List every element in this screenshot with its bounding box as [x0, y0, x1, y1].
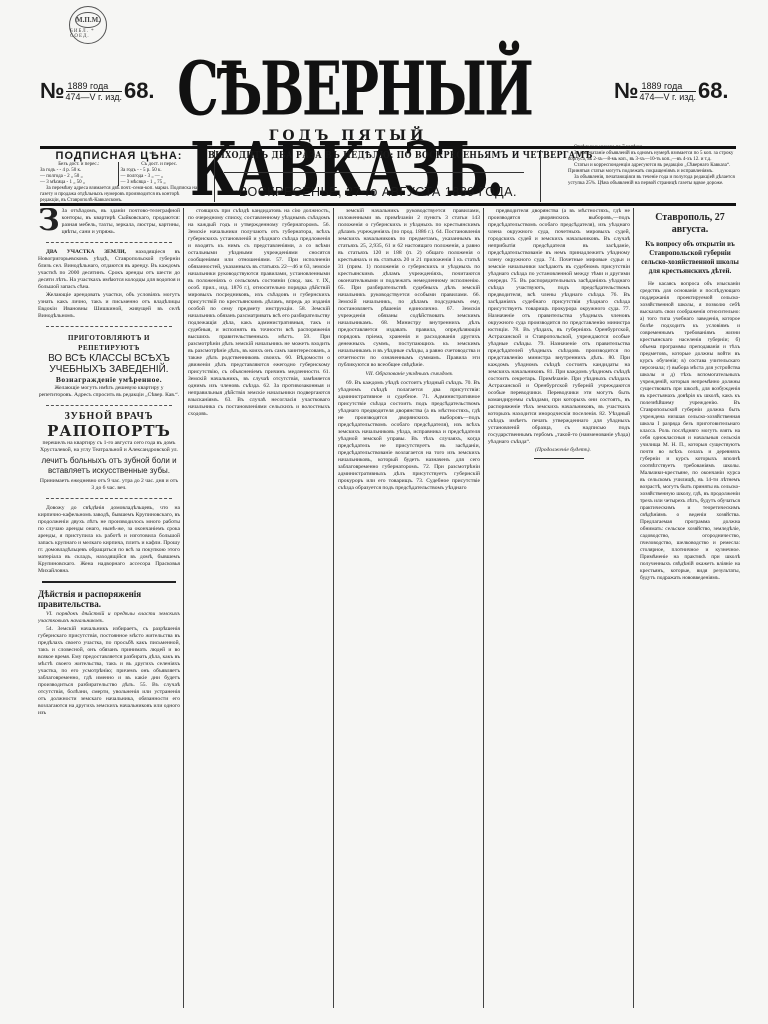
article-text: земскій начальникъ руководствуется прави…: [338, 208, 480, 369]
subscription-left: Безъ дост. и перес.: За годъ - - 4 р. 50…: [40, 162, 118, 186]
article-text: 54. Земскій начальникъ избираетъ, съ раз…: [38, 626, 180, 717]
subscription-price-box: ПОДПИСНАЯ ЦѢНА: Безъ дост. и перес.: За …: [40, 150, 198, 200]
dateline: Ставрополь, 27 августа.: [640, 212, 740, 236]
ad-land-head: ДВА УЧАСТКА ЗЕМЛИ,: [46, 249, 126, 255]
column-2: стоящихъ при съѣздѣ кандидатовъ на сію д…: [188, 208, 330, 1008]
ad-tutor-head: ПРИГОТОВЛЯЮТЪ И РЕПЕТИРУЮТЪ: [38, 333, 180, 353]
column-divider: [183, 208, 184, 1008]
dropcap: З: [38, 208, 60, 234]
article-text: стоящихъ при съѣздѣ кандидатовъ на сію д…: [188, 208, 330, 418]
column-1: ЗЗа отъѣздомъ, въ зданіи почтово-телегра…: [38, 208, 180, 1008]
subscription-columns: Безъ дост. и перес.: За годъ - - 4 р. 50…: [40, 162, 198, 186]
separator: [42, 581, 176, 583]
issue-number-left: № 1889 года 474—V г. изд. 68.: [40, 78, 155, 104]
column-4: предводителя дворянства (а въ мѣстностях…: [488, 208, 630, 1008]
issue-number-right: № 1889 года 474—V г. изд. 68.: [614, 78, 729, 104]
end-rule: [534, 458, 584, 459]
publication-schedule: ВЫХОДИТЪ ДВА РАЗА ВЪ НЕДѢЛЮ: ПО ВОСКРЕСЕ…: [208, 150, 489, 161]
schedule-rule: [224, 172, 524, 173]
issue-fraction: 1889 года 474—V г. изд.: [640, 81, 696, 102]
column-divider: [633, 208, 634, 1008]
subscription-right: Съ дост. и перес. За годъ - - 5 р. 50 к.…: [118, 162, 199, 186]
ad-tutor: ПРИГОТОВЛЯЮТЪ И РЕПЕТИРУЮТЪ ВО ВСѢ КЛАСС…: [38, 333, 180, 399]
issue-fraction: 1889 года 474—V г. изд.: [66, 81, 122, 102]
ad-furniture-text: За отъѣздомъ, въ зданіи почтово-телеграф…: [62, 208, 180, 235]
issue-year: 1889 года: [640, 81, 696, 92]
terms-line: За объявленія, печатающіяся въ теченіе г…: [568, 175, 736, 187]
terms-line: За напечатаніе объявленій въ одномъ нуме…: [568, 151, 736, 163]
stamp-ring: БИБЛ. * СОЕД.: [70, 29, 106, 39]
library-stamp: М.П.М. БИБЛ. * СОЕД.: [69, 6, 107, 44]
separator: [46, 498, 172, 499]
ad-tutor-contact: Желающіе могутъ имѣть дешевую квартиру у…: [38, 385, 180, 399]
section-subheading: VI. порядокъ дѣйствій и предѣлы власти з…: [38, 611, 180, 625]
article-headline: Къ вопросу объ открытіи въ Ставропольско…: [640, 240, 740, 276]
ad-furniture: ЗЗа отъѣздомъ, въ зданіи почтово-телегра…: [38, 208, 180, 236]
column-divider: [483, 208, 484, 1008]
separator: [46, 326, 172, 327]
issue-num: 68.: [698, 78, 729, 104]
issue-date: ВОСКРЕСЕНЬЕ, 27-го АВГУСТА 1889 ГОДА.: [228, 185, 528, 199]
terms-line: Статьи и корреспонденціи адресуются въ р…: [568, 163, 736, 175]
continued-note: (Продолженіе будетъ).: [488, 447, 630, 454]
separator: [46, 405, 172, 406]
ad-land-text: находящіеся въ Новогригорьевскомъ уѣздѣ,…: [38, 249, 180, 290]
ad-terms-box: Отдѣльные нумера по 7 копѣекъ. За напеча…: [568, 145, 736, 187]
column-3: земскій начальникъ руководствуется прави…: [338, 208, 480, 1008]
subscription-note: За перемѣну адреса взимается двѣ почт.-с…: [40, 186, 198, 204]
section-heading: Дѣйствія и распоряженія правительства.: [38, 589, 180, 609]
issue-seq: 474—V г. изд.: [640, 92, 696, 102]
separator: [46, 242, 172, 243]
body-rule: [40, 203, 736, 206]
ad-tutor-fee: Вознагражденіе умѣренное.: [38, 375, 180, 385]
masthead-subtitle: ГОДЪ ПЯТЫЙ: [228, 128, 468, 144]
issue-seq: 474—V г. изд.: [66, 92, 122, 102]
number-sign: №: [614, 78, 638, 104]
article-text: Не касаясь вопроса объ изысканіи средств…: [640, 281, 740, 582]
article-text: 69. Въ каждомъ уѣздѣ состоитъ уѣздный съ…: [338, 380, 480, 492]
ad-tutor-sub: ВО ВСѢ КЛАССЫ ВСѢХЪ УЧЕБНЫХЪ ЗАВЕДЕНІЙ.: [38, 353, 180, 375]
ad-dentist-head: ЗУБНОЙ ВРАЧЪ: [38, 412, 180, 422]
header-divider-right: [540, 150, 541, 202]
ad-brick: Довожу до свѣдѣнія домовладѣльцевъ, что …: [38, 505, 180, 575]
ad-land: ДВА УЧАСТКА ЗЕМЛИ, находящіеся въ Новогр…: [38, 249, 180, 291]
number-sign: №: [40, 78, 64, 104]
ad-dentist-address: перешелъ на квартиру съ 1-го августа сег…: [38, 440, 180, 454]
stamp-center: М.П.М.: [75, 12, 101, 28]
newspaper-page: М.П.М. БИБЛ. * СОЕД. № 1889 года 474—V г…: [28, 0, 744, 1024]
ad-land-contact: Желающіе арендовать участки, объ условія…: [38, 292, 180, 320]
section-heading: VII. Образованіе уѣздныхъ съѣздовъ: [338, 371, 480, 378]
issue-year: 1889 года: [66, 81, 122, 92]
issue-num: 68.: [124, 78, 155, 104]
ad-dentist-service: лечитъ больныхъ отъ зубной боли и вставл…: [38, 456, 180, 476]
ad-dentist: ЗУБНОЙ ВРАЧЪ РАПОПОРТЪ перешелъ на кварт…: [38, 412, 180, 492]
subscription-title: ПОДПИСНАЯ ЦѢНА:: [40, 150, 198, 162]
column-5: Ставрополь, 27 августа. Къ вопросу объ о…: [640, 208, 740, 1008]
ad-dentist-hours: Принимаетъ ежедневно отъ 9 час. утра до …: [38, 478, 180, 492]
article-text: предводителя дворянства (а въ мѣстностях…: [488, 208, 630, 446]
ad-dentist-name: РАПОПОРТЪ: [38, 422, 180, 440]
column-divider: [333, 208, 334, 1008]
